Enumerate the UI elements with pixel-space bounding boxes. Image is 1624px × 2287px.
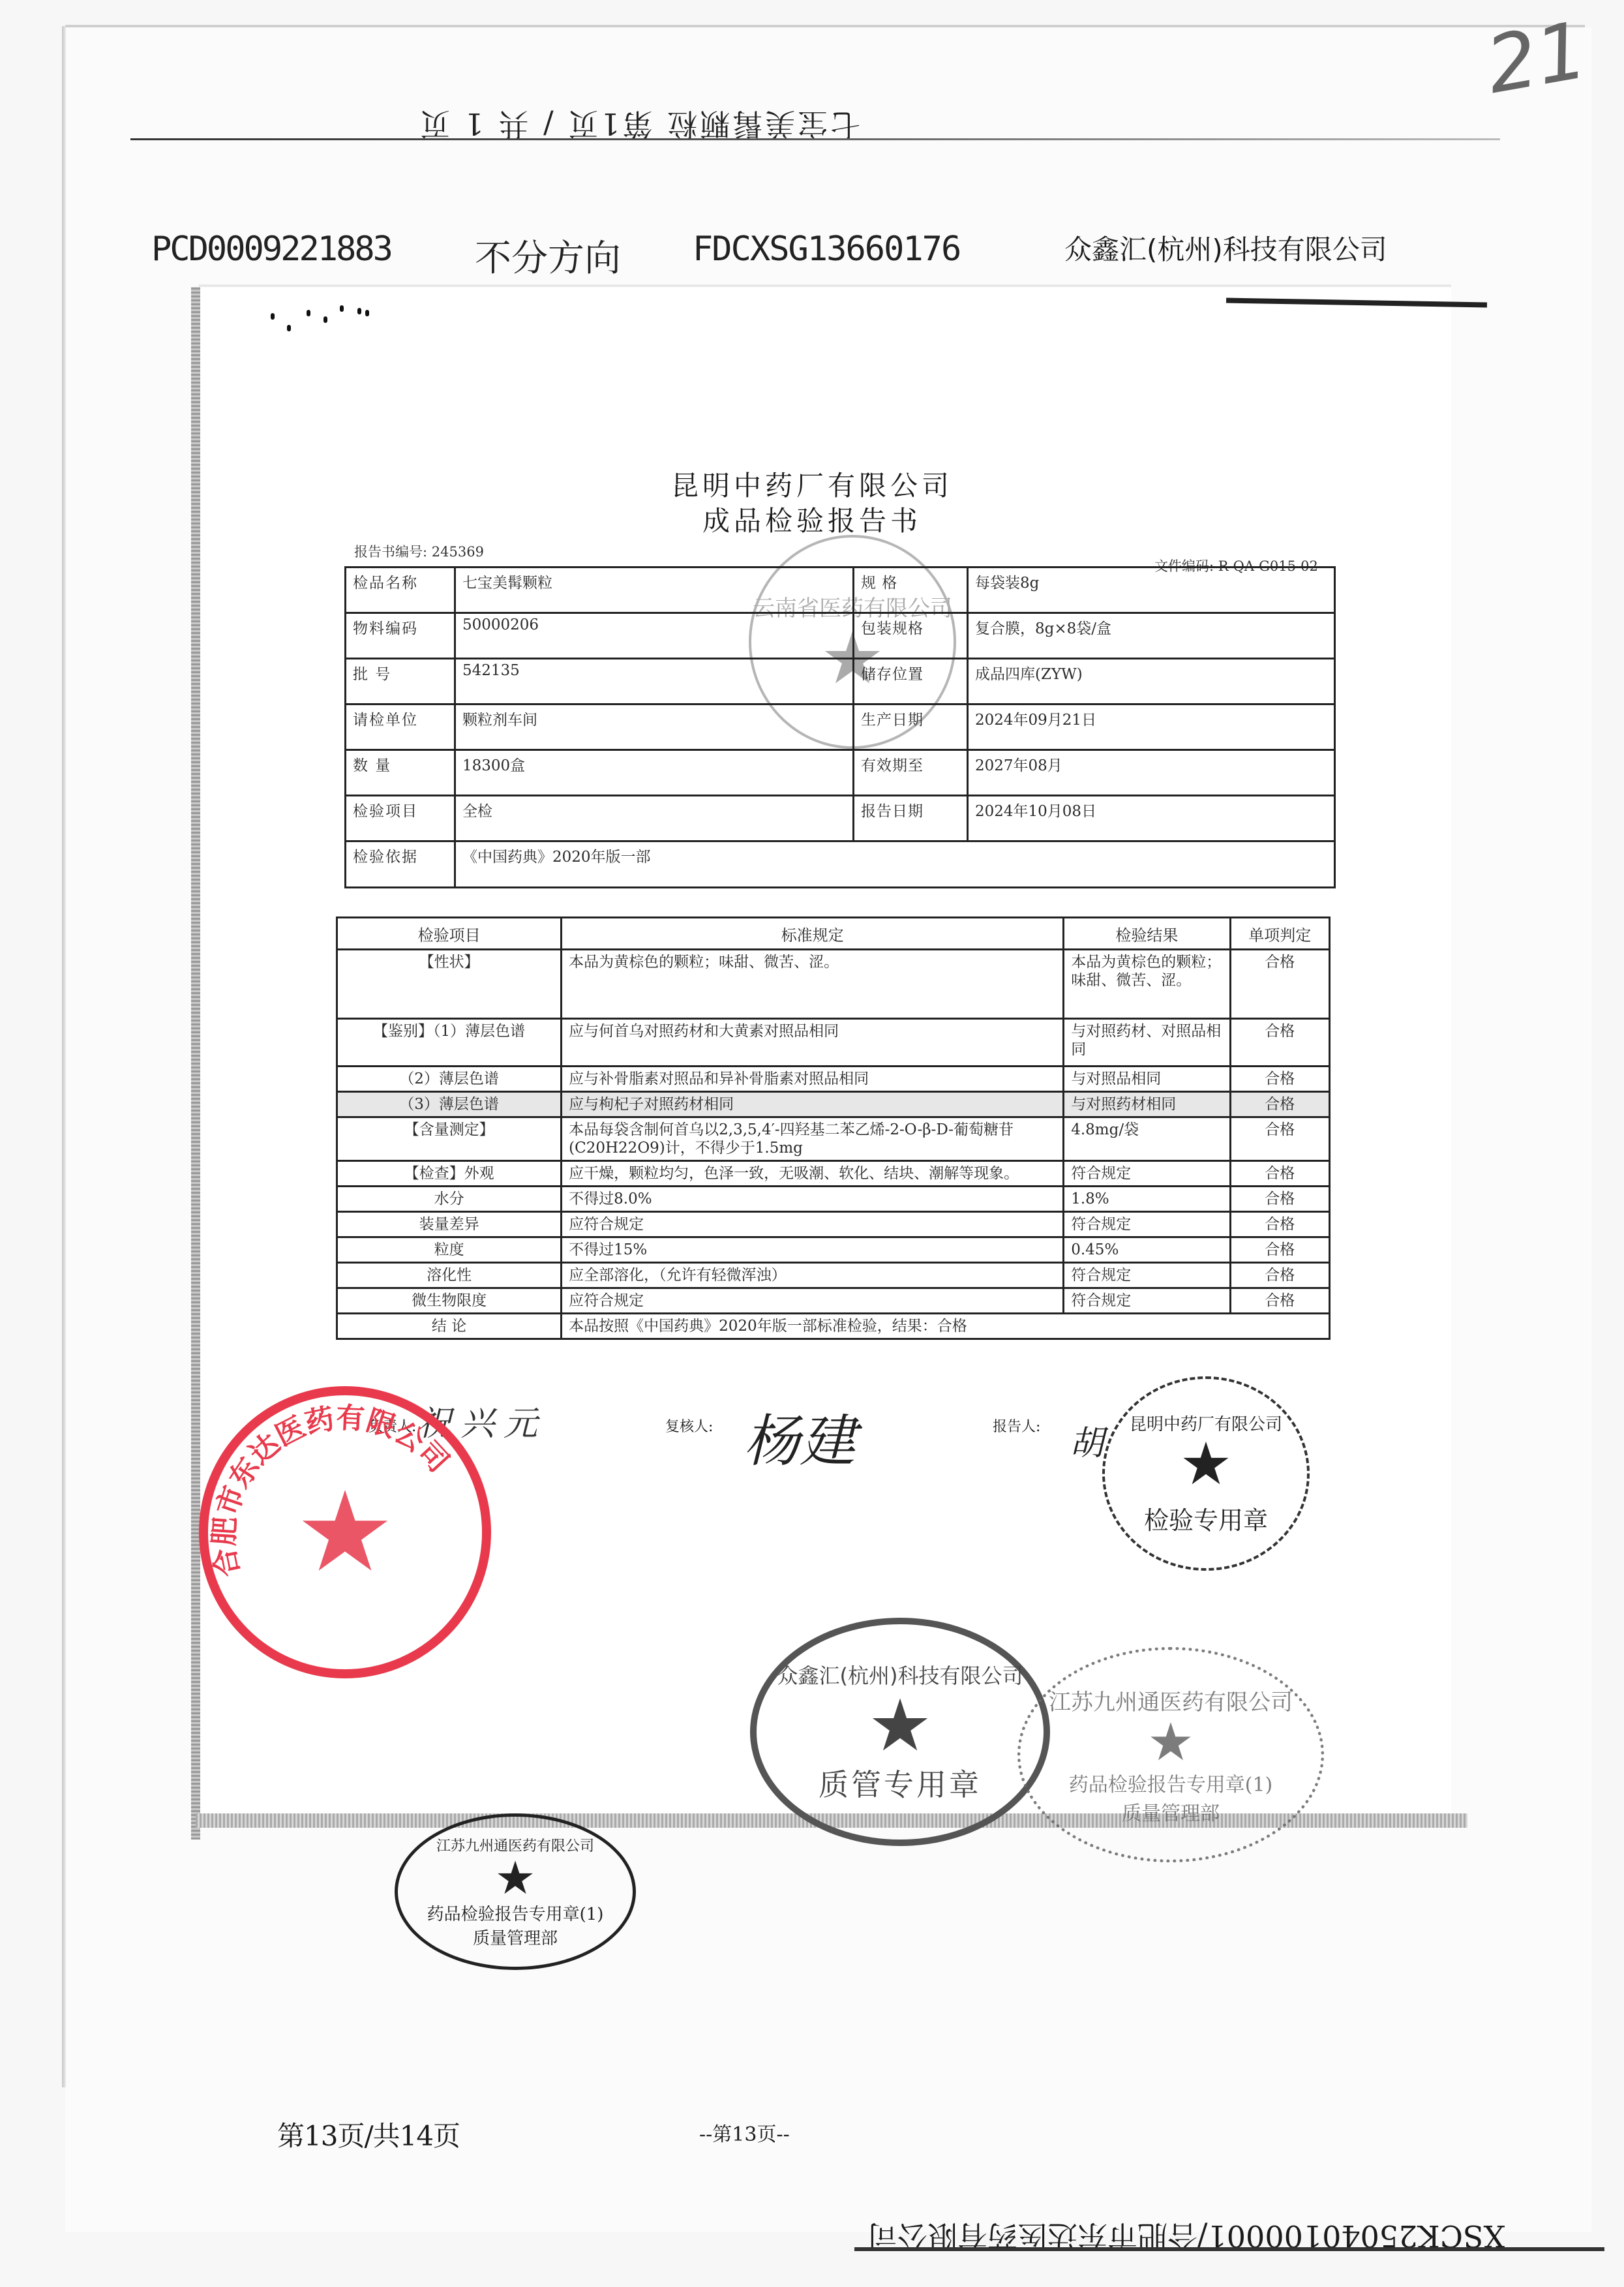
info-value: 18300盒 xyxy=(455,750,854,796)
info-value: 542135 xyxy=(455,659,854,704)
page-counter: 第13页/共14页 xyxy=(277,2115,460,2154)
test-verdict: 合格 xyxy=(1230,1288,1329,1314)
test-verdict: 合格 xyxy=(1230,1263,1329,1288)
info-value: 全检 xyxy=(455,796,854,841)
info-value: 2027年08月 xyxy=(968,750,1335,796)
info-value: 每袋装8g xyxy=(968,568,1335,613)
flipped-footer-text: XSCK25040100001/合肥市东达医药有限公司 xyxy=(867,2217,1505,2260)
header-rule xyxy=(130,138,1500,140)
test-verdict: 合格 xyxy=(1230,1117,1329,1161)
footer-rule xyxy=(854,2247,1604,2251)
test-verdict: 合格 xyxy=(1230,950,1329,1019)
conclusion-text: 本品按照《中国药典》2020年版一部标准检验，结果：合格 xyxy=(562,1314,1330,1339)
report-title: 成品检验报告书 xyxy=(0,500,1624,539)
info-value: 2024年10月08日 xyxy=(968,796,1335,841)
test-result: 与对照药材相同 xyxy=(1064,1092,1230,1117)
info-row: 物料编码50000206包装规格复合膜，8g×8袋/盒 xyxy=(346,613,1335,659)
scan-edge-top xyxy=(65,25,1585,27)
report-company-name: 昆明中药厂有限公司 xyxy=(0,464,1624,504)
info-row: 检品名称七宝美髯颗粒规 格每袋装8g xyxy=(346,568,1335,613)
info-label: 有效期至 xyxy=(854,750,968,796)
test-item: 装量差异 xyxy=(337,1212,562,1237)
table-row: 水分不得过8.0%1.8%合格 xyxy=(337,1187,1330,1212)
flipped-header-text: 七宝美髯颗粒 第1页 / 共 1 页 xyxy=(417,104,860,147)
test-item: 【鉴别】（1）薄层色谱 xyxy=(337,1019,562,1067)
info-label: 报告日期 xyxy=(854,796,968,841)
info-value: 颗粒剂车间 xyxy=(455,704,854,750)
table-header-row: 检验项目 标准规定 检验结果 单项判定 xyxy=(337,918,1330,950)
info-value: 《中国药典》2020年版一部 xyxy=(455,841,1335,888)
test-item: 【检查】外观 xyxy=(337,1161,562,1187)
reviewer-label: 复核人: xyxy=(665,1416,713,1436)
direction-note: 不分方向 xyxy=(475,230,621,282)
table-row: （2）薄层色谱应与补骨脂素对照品和异补骨脂素对照品相同与对照品相同合格 xyxy=(337,1067,1330,1092)
table-row: 【鉴别】（1）薄层色谱应与何首乌对照药材和大黄素对照品相同与对照药材、对照品相同… xyxy=(337,1019,1330,1067)
test-result: 1.8% xyxy=(1064,1187,1230,1212)
jiuzhou-stamp-right: 江苏九州通医药有限公司 ★ 药品检验报告专用章(1) 质量管理部 xyxy=(1017,1647,1324,1862)
conclusion-label: 结 论 xyxy=(337,1314,562,1339)
info-row: 检验依据《中国药典》2020年版一部 xyxy=(346,841,1335,888)
table-row: 微生物限度应符合规定符合规定合格 xyxy=(337,1288,1330,1314)
red-company-stamp: 合肥市东达医药有限公司 ★ xyxy=(199,1386,491,1678)
info-row: 检验项目全检报告日期2024年10月08日 xyxy=(346,796,1335,841)
info-value: 七宝美髯颗粒 xyxy=(455,568,854,613)
info-label: 储存位置 xyxy=(854,659,968,704)
table-row: 溶化性应全部溶化，（允许有轻微浑浊）符合规定合格 xyxy=(337,1263,1330,1288)
test-standard: 应与枸杞子对照药材相同 xyxy=(562,1092,1064,1117)
test-item: （2）薄层色谱 xyxy=(337,1067,562,1092)
table-row: 粒度不得过15%0.45%合格 xyxy=(337,1237,1330,1263)
jiuzhou-stamp-left: 江苏九州通医药有限公司 ★ 药品检验报告专用章(1) 质量管理部 xyxy=(395,1813,636,1970)
test-verdict: 合格 xyxy=(1230,1067,1329,1092)
test-result: 与对照品相同 xyxy=(1064,1067,1230,1092)
info-value: 成品四库(ZYW) xyxy=(968,659,1335,704)
test-verdict: 合格 xyxy=(1230,1092,1329,1117)
star-icon: ★ xyxy=(868,1689,933,1761)
test-result: 4.8mg/袋 xyxy=(1064,1117,1230,1161)
test-standard: 应符合规定 xyxy=(562,1288,1064,1314)
page-number: --第13页-- xyxy=(699,2118,790,2147)
test-result: 符合规定 xyxy=(1064,1161,1230,1187)
star-icon: ★ xyxy=(1147,1716,1194,1768)
test-item: （3）薄层色谱 xyxy=(337,1092,562,1117)
reporter-signature: 胡 xyxy=(1070,1416,1104,1464)
test-result: 0.45% xyxy=(1064,1237,1230,1263)
test-standard: 本品为黄棕色的颗粒；味甜、微苦、涩。 xyxy=(562,950,1064,1019)
zxh-quality-stamp: 众鑫汇(杭州)科技有限公司 ★ 质管专用章 xyxy=(750,1618,1050,1846)
info-label: 规 格 xyxy=(854,568,968,613)
info-label: 数 量 xyxy=(346,750,455,796)
info-label: 检品名称 xyxy=(346,568,455,613)
info-label: 生产日期 xyxy=(854,704,968,750)
info-row: 请检单位颗粒剂车间生产日期2024年09月21日 xyxy=(346,704,1335,750)
scan-edge xyxy=(62,26,66,2087)
test-verdict: 合格 xyxy=(1230,1019,1329,1067)
test-result: 符合规定 xyxy=(1064,1263,1230,1288)
info-value: 复合膜，8g×8袋/盒 xyxy=(968,613,1335,659)
test-verdict: 合格 xyxy=(1230,1187,1329,1212)
info-label: 物料编码 xyxy=(346,613,455,659)
test-verdict: 合格 xyxy=(1230,1212,1329,1237)
reporter-label: 报告人: xyxy=(993,1416,1040,1436)
test-verdict: 合格 xyxy=(1230,1161,1329,1187)
test-item: 溶化性 xyxy=(337,1263,562,1288)
test-results-table: 检验项目 标准规定 检验结果 单项判定 【性状】本品为黄棕色的颗粒；味甜、微苦、… xyxy=(336,916,1331,1340)
test-standard: 不得过15% xyxy=(562,1237,1064,1263)
info-row: 批 号542135储存位置成品四库(ZYW) xyxy=(346,659,1335,704)
test-standard: 不得过8.0% xyxy=(562,1187,1064,1212)
test-item: 【含量测定】 xyxy=(337,1117,562,1161)
test-item: 粒度 xyxy=(337,1237,562,1263)
info-label: 检验依据 xyxy=(346,841,455,888)
table-row: （3）薄层色谱应与枸杞子对照药材相同与对照药材相同合格 xyxy=(337,1092,1330,1117)
info-label: 包装规格 xyxy=(854,613,968,659)
test-standard: 应符合规定 xyxy=(562,1212,1064,1237)
test-standard: 应干燥，颗粒均匀，色泽一致，无吸潮、软化、结块、潮解等现象。 xyxy=(562,1161,1064,1187)
top-company-name: 众鑫汇(杭州)科技有限公司 xyxy=(1064,228,1387,267)
svg-text:合肥市东达医药有限公司: 合肥市东达医药有限公司 xyxy=(208,1401,455,1579)
left-code: PCD0009221883 xyxy=(151,230,391,269)
info-value: 2024年09月21日 xyxy=(968,704,1335,750)
info-label: 请检单位 xyxy=(346,704,455,750)
star-icon: ★ xyxy=(495,1855,536,1901)
product-info-table: 检品名称七宝美髯颗粒规 格每袋装8g物料编码50000206包装规格复合膜，8g… xyxy=(344,566,1336,888)
table-row: 【含量测定】本品每袋含制何首乌以2,3,5,4′-四羟基二苯乙烯-2-O-β-D… xyxy=(337,1117,1330,1161)
info-label: 检验项目 xyxy=(346,796,455,841)
stamp-ring-text: 合肥市东达医药有限公司 xyxy=(208,1395,482,1669)
test-result: 与对照药材、对照品相同 xyxy=(1064,1019,1230,1067)
reviewer-signature: 杨建 xyxy=(744,1396,856,1477)
table-row: 【检查】外观应干燥，颗粒均匀，色泽一致，无吸潮、软化、结块、潮解等现象。符合规定… xyxy=(337,1161,1330,1187)
test-verdict: 合格 xyxy=(1230,1237,1329,1263)
report-number: 报告书编号: 245369 xyxy=(354,541,484,561)
test-item: 水分 xyxy=(337,1187,562,1212)
handwritten-page-mark: 21 xyxy=(1480,5,1594,112)
info-value: 50000206 xyxy=(455,613,854,659)
test-result: 本品为黄棕色的颗粒；味甜、微苦、涩。 xyxy=(1064,950,1230,1019)
test-item: 【性状】 xyxy=(337,950,562,1019)
table-row: 【性状】本品为黄棕色的颗粒；味甜、微苦、涩。本品为黄棕色的颗粒；味甜、微苦、涩。… xyxy=(337,950,1330,1019)
info-row: 数 量18300盒有效期至2027年08月 xyxy=(346,750,1335,796)
test-result: 符合规定 xyxy=(1064,1288,1230,1314)
test-standard: 本品每袋含制何首乌以2,3,5,4′-四羟基二苯乙烯-2-O-β-D-葡萄糖苷(… xyxy=(562,1117,1064,1161)
test-item: 微生物限度 xyxy=(337,1288,562,1314)
test-standard: 应与补骨脂素对照品和异补骨脂素对照品相同 xyxy=(562,1067,1064,1092)
test-result: 符合规定 xyxy=(1064,1212,1230,1237)
test-standard: 应全部溶化，（允许有轻微浑浊） xyxy=(562,1263,1064,1288)
right-code: FDCXSG13660176 xyxy=(693,230,960,269)
table-row: 装量差异应符合规定符合规定合格 xyxy=(337,1212,1330,1237)
conclusion-row: 结 论本品按照《中国药典》2020年版一部标准检验，结果：合格 xyxy=(337,1314,1330,1339)
test-standard: 应与何首乌对照药材和大黄素对照品相同 xyxy=(562,1019,1064,1067)
star-icon: ★ xyxy=(1180,1435,1233,1494)
inspection-stamp: 昆明中药厂有限公司 ★ 检验专用章 xyxy=(1102,1376,1310,1571)
info-label: 批 号 xyxy=(346,659,455,704)
